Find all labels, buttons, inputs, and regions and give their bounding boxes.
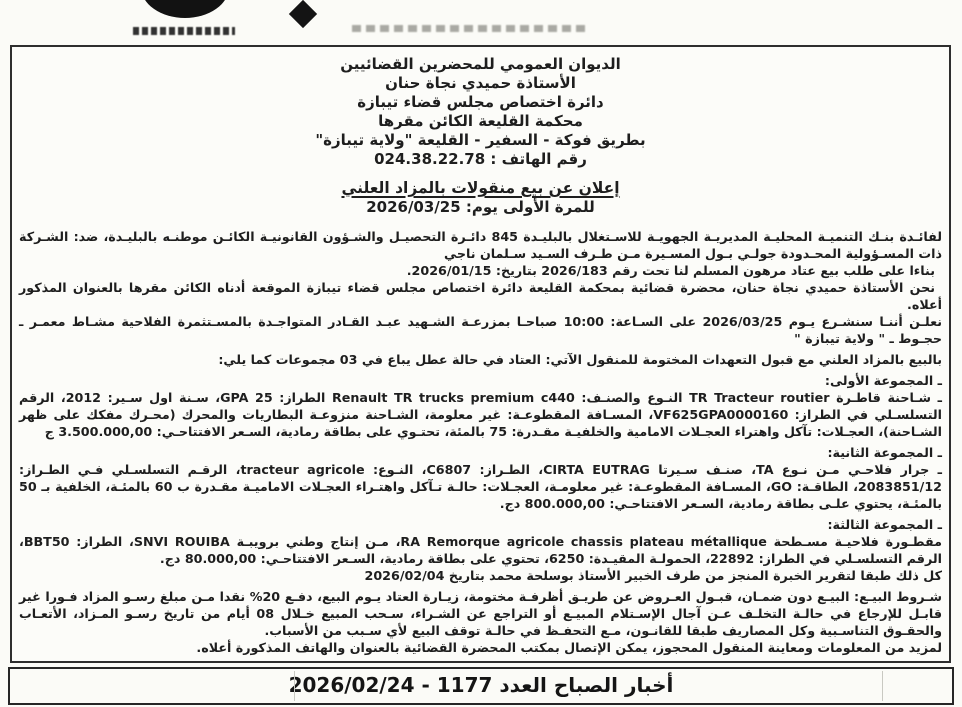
newspaper-logo-mark-icon <box>141 0 229 18</box>
terms-paragraph: شـروط البيـع: البيـع دون ضمـان، قبـول ال… <box>19 588 942 639</box>
footer-divider-left <box>294 671 295 701</box>
notice-date-line: للمرة الأولى يوم: 2026/03/25 <box>19 198 942 217</box>
beneficiary-paragraph: لفائـدة بنـك التنميـة المحليـة المديريـة… <box>19 228 942 262</box>
diamond-mark-icon <box>289 0 317 28</box>
court-line: محكمة القليعة الكائن مقرها <box>19 112 942 131</box>
phone-line: رقم الهاتف : 024.38.22.78 <box>19 150 942 169</box>
group2-description: ـ جرار فلاحـي مـن نـوع TA، صنـف سـيرتا C… <box>19 461 942 512</box>
auction-notice-document: الديوان العمومي للمحضرين القضائيين الأست… <box>10 45 951 663</box>
logo-tagline-smudge <box>352 25 590 32</box>
notice-body: لفائـدة بنـك التنميـة المحليـة المديريـة… <box>19 228 942 656</box>
address-line: بطريق فوكة - السفير - القليعة "ولاية تيب… <box>19 131 942 150</box>
footer-divider-right <box>882 671 883 701</box>
office-header: الديوان العمومي للمحضرين القضائيين الأست… <box>19 55 942 169</box>
notice-title-block: إعلان عن بيع منقولات بالمزاد العلني للمر… <box>19 178 942 217</box>
group1-description: ـ شـاحنة قاطـرة TR Tracteur routier النـ… <box>19 389 942 440</box>
newspaper-logo <box>0 0 620 40</box>
jurisdiction-line: دائرة اختصاص مجلس قضاء تيبازة <box>19 93 942 112</box>
group3-heading: ـ المجموعة الثالثة: <box>19 516 942 533</box>
logo-text-smudge <box>133 27 235 35</box>
expertise-paragraph: كل ذلك طبقا لتقرير الخبرة المنجز من طرف … <box>19 567 942 584</box>
notice-title-text: إعلان عن بيع منقولات بالمزاد العلني <box>341 179 619 197</box>
group2-heading: ـ المجموعة الثانية: <box>19 444 942 461</box>
group1-heading: ـ المجموعة الأولى: <box>19 372 942 389</box>
sale-datetime-paragraph: نعلـن أننـا سنشـرع يـوم 2026/03/25 على ا… <box>19 313 942 347</box>
contact-paragraph: لمزيد من المعلومات ومعاينة المنقول المحج… <box>19 639 942 656</box>
footer-issue-text: أخبار الصباح العدد 1177 - 2026/02/24 <box>289 673 674 697</box>
sale-intro-paragraph: بالبيع بالمزاد العلني مع قبول التعهدات ا… <box>19 351 942 368</box>
newspaper-footer-bar: أخبار الصباح العدد 1177 - 2026/02/24 <box>8 667 954 705</box>
notice-title: إعلان عن بيع منقولات بالمزاد العلني <box>19 178 942 198</box>
office-name: الديوان العمومي للمحضرين القضائيين <box>19 55 942 74</box>
bailiff-name: الأستاذة حميدي نجاة حنان <box>19 74 942 93</box>
request-paragraph: بناءا على طلب بيع عتاد مرهون المسلم لنا … <box>19 262 942 279</box>
group3-description: مقطـورة فلاحيـة مسـطحة RA Remorque agric… <box>19 533 942 567</box>
bailiff-paragraph: نحن الأستاذة حميدي نجاة حنان، محضرة قضائ… <box>19 279 942 313</box>
